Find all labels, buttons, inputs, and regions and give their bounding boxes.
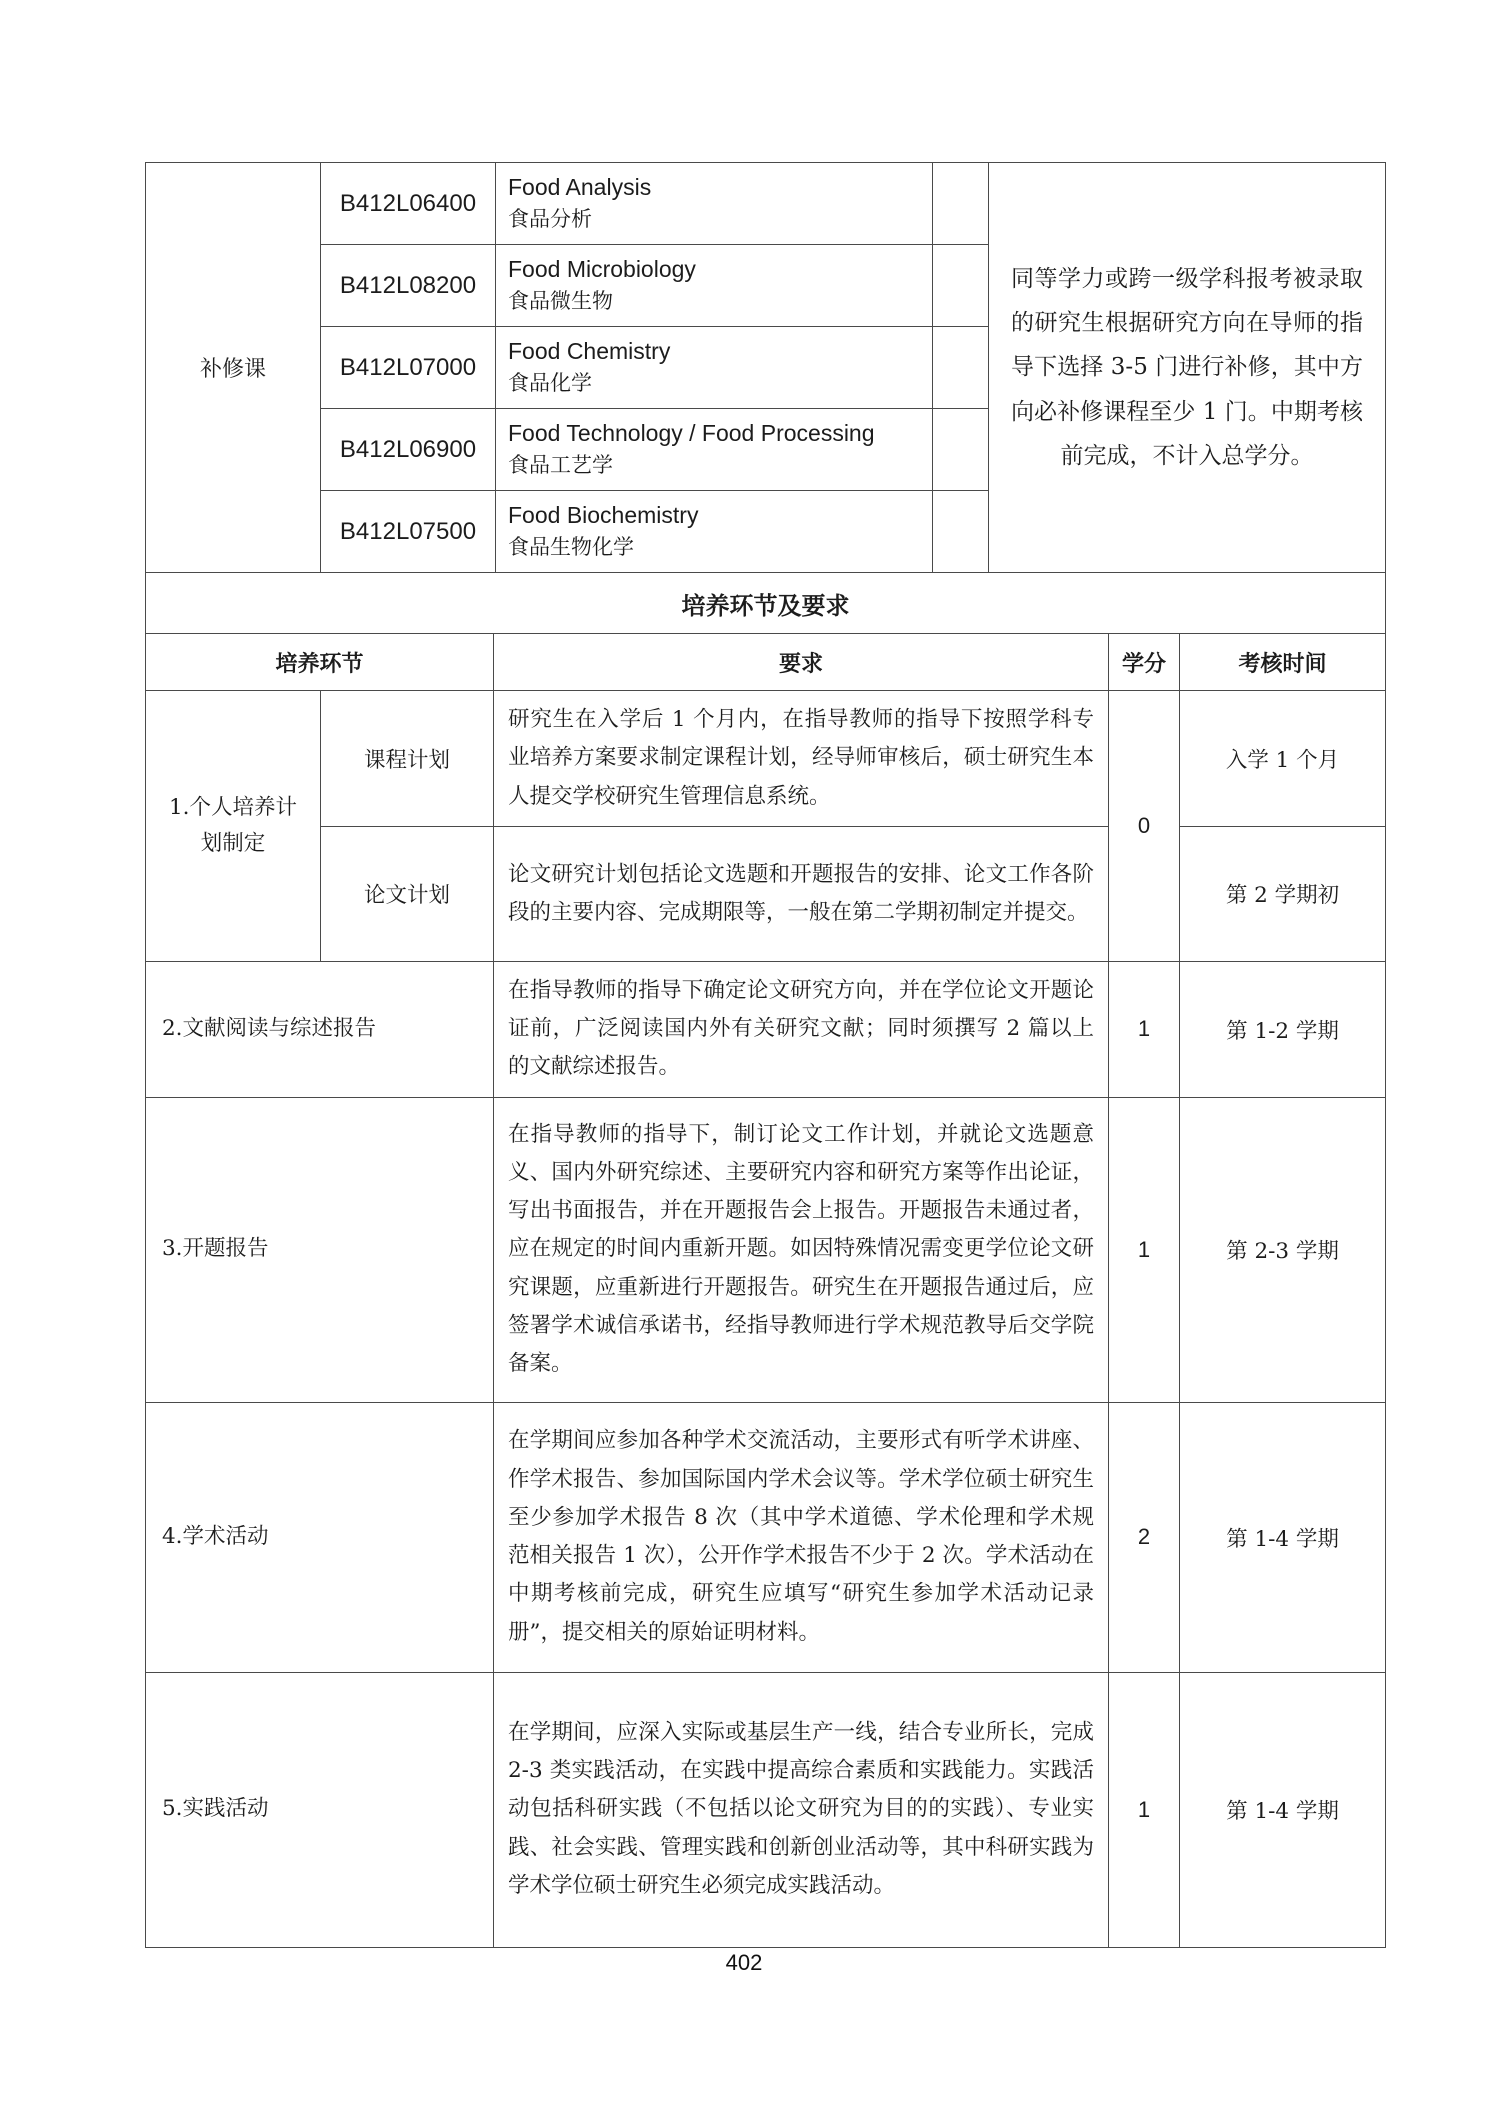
course-name-cell: Food Technology / Food Processing 食品工艺学 xyxy=(496,409,933,491)
row-label: 4.学术活动 xyxy=(146,1402,494,1672)
exam-time-value: 第 1-4 学期 xyxy=(1180,1672,1386,1947)
exam-time-value: 入学 1 个月 xyxy=(1180,691,1386,827)
course-code: B412L08200 xyxy=(321,245,496,327)
sub-label-thesis-plan: 论文计划 xyxy=(321,826,494,961)
section-header-row: 培养环节及要求 xyxy=(146,573,1386,634)
course-code: B412L06900 xyxy=(321,409,496,491)
row-label: 3.开题报告 xyxy=(146,1097,494,1402)
course-code: B412L07000 xyxy=(321,327,496,409)
table-row-proposal-report: 3.开题报告 在指导教师的指导下，制订论文工作计划，并就论文选题意义、国内外研究… xyxy=(146,1097,1386,1402)
table-row-academic-activities: 4.学术活动 在学期间应参加各种学术交流活动，主要形式有听学术讲座、作学术报告、… xyxy=(146,1402,1386,1672)
course-name-cell: Food Biochemistry 食品生物化学 xyxy=(496,491,933,573)
course-name-cell: Food Microbiology 食品微生物 xyxy=(496,245,933,327)
header-credits: 学分 xyxy=(1109,634,1180,691)
table-row-personal-plan-thesis: 论文计划 论文研究计划包括论文选题和开题报告的安排、论文工作各阶段的主要内容、完… xyxy=(146,826,1386,961)
course-row: 补修课 B412L06400 Food Analysis 食品分析 同等学力或跨… xyxy=(146,163,1386,245)
supplementary-course-table: 补修课 B412L06400 Food Analysis 食品分析 同等学力或跨… xyxy=(145,162,1386,573)
requirement-text: 论文研究计划包括论文选题和开题报告的安排、论文工作各阶段的主要内容、完成期限等，… xyxy=(494,826,1109,961)
course-code: B412L06400 xyxy=(321,163,496,245)
column-header-row: 培养环节 要求 学分 考核时间 xyxy=(146,634,1386,691)
requirement-text: 在指导教师的指导下确定论文研究方向，并在学位论文开题论证前，广泛阅读国内外有关研… xyxy=(494,961,1109,1097)
credits-value: 2 xyxy=(1109,1402,1180,1672)
credits-value: 1 xyxy=(1109,1672,1180,1947)
exam-time-value: 第 2-3 学期 xyxy=(1180,1097,1386,1402)
requirement-text: 在学期间应参加各种学术交流活动，主要形式有听学术讲座、作学术报告、参加国际国内学… xyxy=(494,1402,1109,1672)
row-label-personal-plan: 1.个人培养计划制定 xyxy=(146,691,321,962)
exam-time-value: 第 2 学期初 xyxy=(1180,826,1386,961)
document-page: 补修课 B412L06400 Food Analysis 食品分析 同等学力或跨… xyxy=(0,0,1488,2104)
course-name-zh: 食品分析 xyxy=(508,203,920,236)
requirement-text: 在指导教师的指导下，制订论文工作计划，并就论文选题意义、国内外研究综述、主要研究… xyxy=(494,1097,1109,1402)
table-row-personal-plan-course: 1.个人培养计划制定 课程计划 研究生在入学后 1 个月内，在指导教师的指导下按… xyxy=(146,691,1386,827)
requirement-text: 在学期间，应深入实际或基层生产一线，结合专业所长，完成 2-3 类实践活动，在实… xyxy=(494,1672,1109,1947)
section-title: 培养环节及要求 xyxy=(146,573,1386,634)
supplementary-note: 同等学力或跨一级学科报考被录取的研究生根据研究方向在导师的指导下选择 3-5 门… xyxy=(989,163,1386,573)
course-category-label: 补修课 xyxy=(146,163,321,573)
row-label: 5.实践活动 xyxy=(146,1672,494,1947)
course-name-cell: Food Chemistry 食品化学 xyxy=(496,327,933,409)
course-name-en: Food Technology / Food Processing xyxy=(508,418,920,449)
course-name-zh: 食品生物化学 xyxy=(508,531,920,564)
tables-wrapper: 补修课 B412L06400 Food Analysis 食品分析 同等学力或跨… xyxy=(145,162,1385,1948)
training-requirements-table: 培养环节及要求 培养环节 要求 学分 考核时间 1.个人培养计划制定 课程计划 … xyxy=(145,572,1386,1948)
header-training-link: 培养环节 xyxy=(146,634,494,691)
page-number: 402 xyxy=(0,1950,1488,1976)
credits-value: 1 xyxy=(1109,961,1180,1097)
course-name-en: Food Chemistry xyxy=(508,336,920,367)
spacer-cell xyxy=(933,491,989,573)
course-name-cell: Food Analysis 食品分析 xyxy=(496,163,933,245)
sub-label-course-plan: 课程计划 xyxy=(321,691,494,827)
exam-time-value: 第 1-2 学期 xyxy=(1180,961,1386,1097)
table-row-literature-review: 2.文献阅读与综述报告 在指导教师的指导下确定论文研究方向，并在学位论文开题论证… xyxy=(146,961,1386,1097)
spacer-cell xyxy=(933,409,989,491)
course-code: B412L07500 xyxy=(321,491,496,573)
course-name-zh: 食品工艺学 xyxy=(508,449,920,482)
course-name-en: Food Biochemistry xyxy=(508,500,920,531)
table-row-practice-activities: 5.实践活动 在学期间，应深入实际或基层生产一线，结合专业所长，完成 2-3 类… xyxy=(146,1672,1386,1947)
spacer-cell xyxy=(933,327,989,409)
exam-time-value: 第 1-4 学期 xyxy=(1180,1402,1386,1672)
header-requirement: 要求 xyxy=(494,634,1109,691)
requirement-text: 研究生在入学后 1 个月内，在指导教师的指导下按照学科专业培养方案要求制定课程计… xyxy=(494,691,1109,827)
spacer-cell xyxy=(933,245,989,327)
course-name-en: Food Analysis xyxy=(508,172,920,203)
credits-value: 0 xyxy=(1109,691,1180,962)
row-label: 2.文献阅读与综述报告 xyxy=(146,961,494,1097)
course-name-zh: 食品微生物 xyxy=(508,285,920,318)
course-name-en: Food Microbiology xyxy=(508,254,920,285)
spacer-cell xyxy=(933,163,989,245)
credits-value: 1 xyxy=(1109,1097,1180,1402)
course-name-zh: 食品化学 xyxy=(508,367,920,400)
header-exam-time: 考核时间 xyxy=(1180,634,1386,691)
